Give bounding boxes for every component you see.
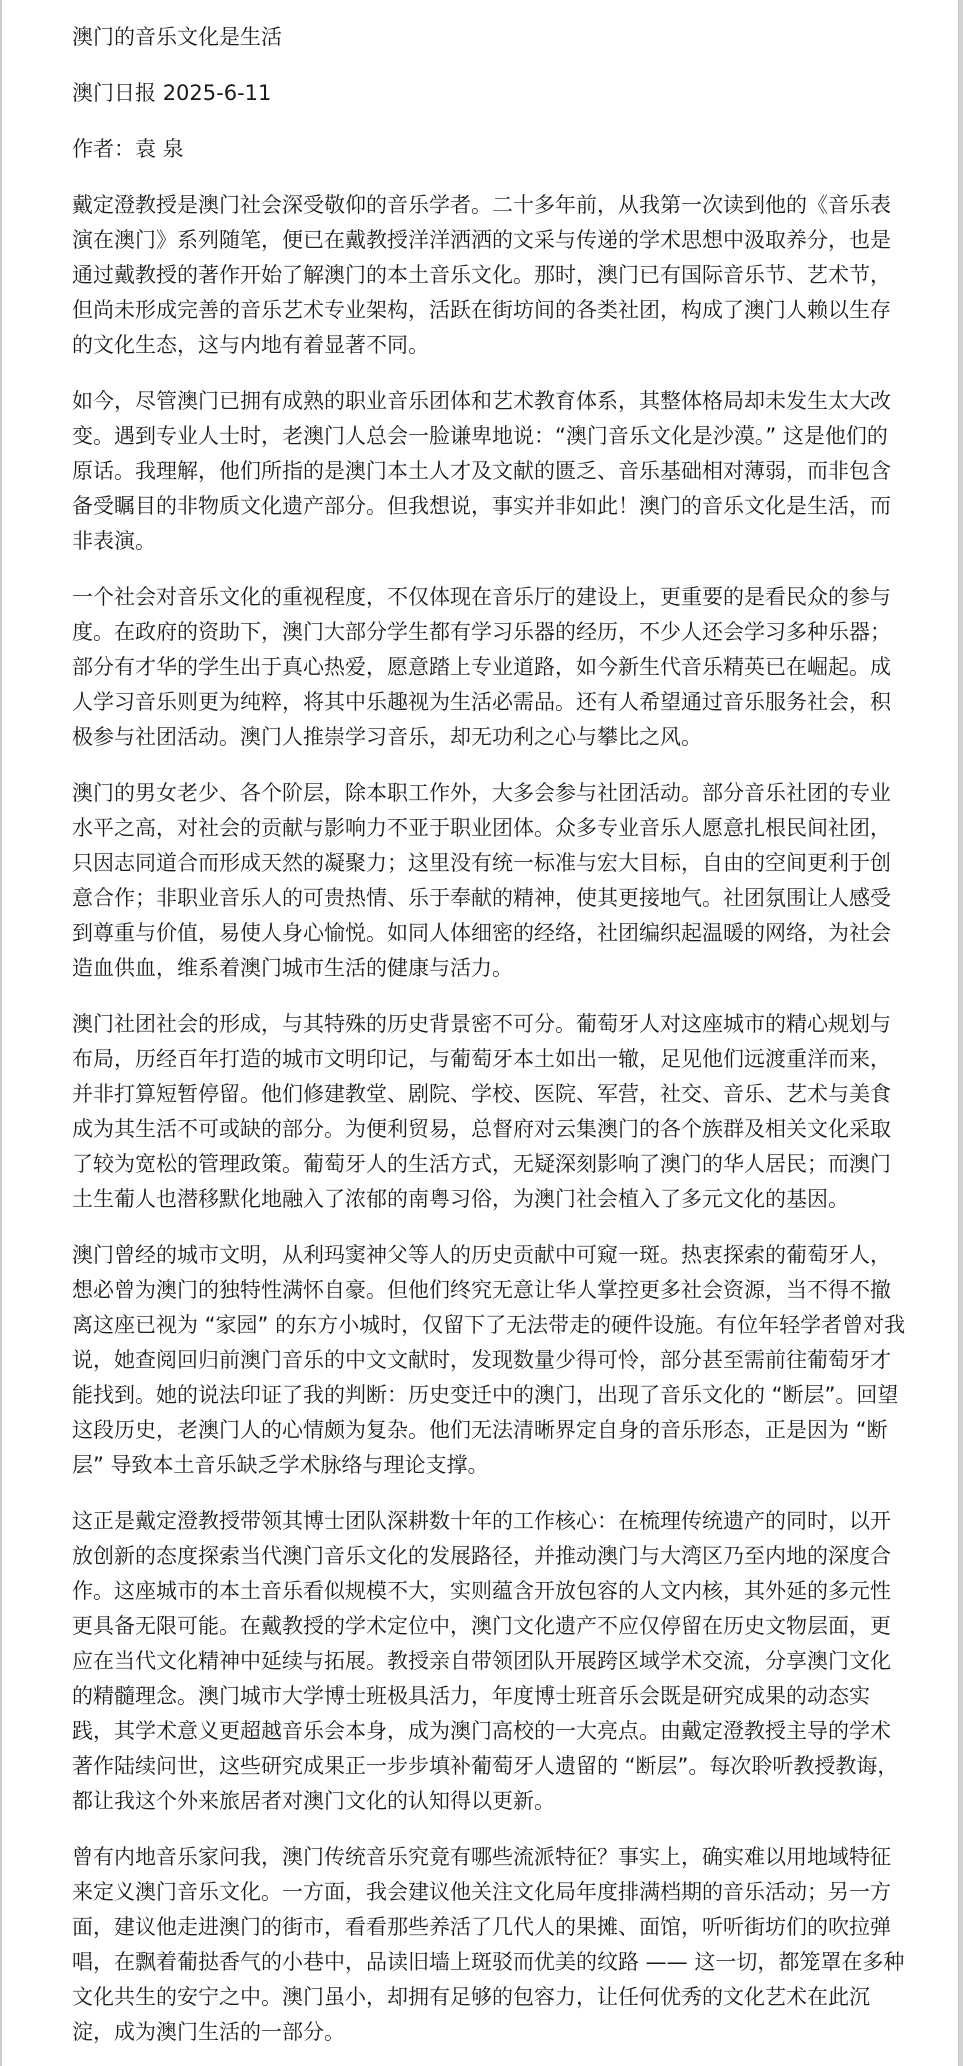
article-byline-source: 澳门日报 2025-6-11 <box>72 76 912 111</box>
article-author-label: 作者： <box>72 137 135 161</box>
window-border-left <box>0 0 2 2066</box>
paragraph-line: 土生葡人也潜移默化地融入了浓郁的南粤习俗，为澳门社会植入了多元文化的基因。 <box>72 1182 912 1217</box>
paragraph-line: 层” 导致本土音乐缺乏学术脉络与理论支撑。 <box>72 1448 912 1483</box>
paragraph-line: 原话。我理解，他们所指的是澳门本土人才及文献的匮乏、音乐基础相对薄弱，而非包含 <box>72 454 912 489</box>
paragraph-line: 意合作；非职业音乐人的可贵热情、乐于奉献的精神，使其更接地气。社团氛围让人感受 <box>72 881 912 916</box>
paragraph-line: 淀，成为澳门生活的一部分。 <box>72 2015 912 2050</box>
article-author: 作者：袁 泉 <box>72 132 912 167</box>
paragraph-line: 布局，历经百年打造的城市文明印记，与葡萄牙本土如出一辙，足见他们远渡重洋而来， <box>72 1042 912 1077</box>
paragraph-line: 人学习音乐则更为纯粹，将其中乐趣视为生活必需品。还有人希望通过音乐服务社会，积 <box>72 685 912 720</box>
paragraph-line: 度。在政府的资助下，澳门大部分学生都有学习乐器的经历，不少人还会学习多种乐器； <box>72 615 912 650</box>
paragraph-line: 的精髓理念。澳门城市大学博士班极具活力，年度博士班音乐会既是研究成果的动态实 <box>72 1679 912 1714</box>
paragraph-line: 说，她查阅回归前澳门音乐的中文文献时，发现数量少得可怜，部分甚至需前往葡萄牙才 <box>72 1343 912 1378</box>
paragraph-line: 如今，尽管澳门已拥有成熟的职业音乐团体和艺术教育体系，其整体格局却未发生太大改 <box>72 384 912 419</box>
paragraph: 一个社会对音乐文化的重视程度，不仅体现在音乐厅的建设上，更重要的是看民众的参与 … <box>72 580 912 755</box>
paragraph-line: 应在当代文化精神中延续与拓展。教授亲自带领团队开展跨区域学术交流，分享澳门文化 <box>72 1644 912 1679</box>
article-title: 澳门的音乐文化是生活 <box>72 20 912 55</box>
article-byline-author: 作者：袁 泉 <box>72 132 912 167</box>
paragraph-line: 澳门曾经的城市文明，从利玛窦神父等人的历史贡献中可窥一斑。热衷探索的葡萄牙人， <box>72 1238 912 1273</box>
paragraph-line: 的文化生态，这与内地有着显著不同。 <box>72 328 912 363</box>
paragraph: 曾有内地音乐家问我，澳门传统音乐究竟有哪些流派特征？事实上，确实难以用地域特征 … <box>72 1840 912 2050</box>
paragraph-line: 澳门社团社会的形成，与其特殊的历史背景密不可分。葡萄牙人对这座城市的精心规划与 <box>72 1007 912 1042</box>
paragraph-line: 极参与社团活动。澳门人推崇学习音乐，却无功利之心与攀比之风。 <box>72 720 912 755</box>
paragraph-line: 备受瞩目的非物质文化遗产部分。但我想说，事实并非如此！澳门的音乐文化是生活，而 <box>72 489 912 524</box>
paragraph-line: 都让我这个外来旅居者对澳门文化的认知得以更新。 <box>72 1784 912 1819</box>
paragraph-line: 了较为宽松的管理政策。葡萄牙人的生活方式，无疑深刻影响了澳门的华人居民；而澳门 <box>72 1147 912 1182</box>
window-border-right <box>958 0 963 2066</box>
paragraph-line: 戴定澄教授是澳门社会深受敬仰的音乐学者。二十多年前，从我第一次读到他的《音乐表 <box>72 188 912 223</box>
paragraph-line: 并非打算短暂停留。他们修建教堂、剧院、学校、医院、军营，社交、音乐、艺术与美食 <box>72 1077 912 1112</box>
paragraph-line: 放创新的态度探索当代澳门音乐文化的发展路径，并推动澳门与大湾区乃至内地的深度合 <box>72 1539 912 1574</box>
paragraph: 澳门曾经的城市文明，从利玛窦神父等人的历史贡献中可窥一斑。热衷探索的葡萄牙人， … <box>72 1238 912 1483</box>
paragraph-line: 作。这座城市的本土音乐看似规模不大，实则蕴含开放包容的人文内核，其外延的多元性 <box>72 1574 912 1609</box>
article-source-date: 澳门日报 2025-6-11 <box>72 76 912 111</box>
paragraph-line: 变。遇到专业人士时，老澳门人总会一脸谦卑地说：“澳门音乐文化是沙漠。” 这是他们… <box>72 419 912 454</box>
paragraph-line: 水平之高，对社会的贡献与影响力不亚于职业团体。众多专业音乐人愿意扎根民间社团， <box>72 811 912 846</box>
paragraph-line: 演在澳门》系列随笔，便已在戴教授洋洋洒洒的文采与传递的学术思想中汲取养分，也是 <box>72 223 912 258</box>
paragraph-line: 著作陆续问世，这些研究成果正一步步填补葡萄牙人遗留的 “断层”。每次聆听教授教诲… <box>72 1749 912 1784</box>
article-author-name: 袁 泉 <box>135 137 184 161</box>
paragraph-line: 通过戴教授的著作开始了解澳门的本土音乐文化。那时，澳门已有国际音乐节、艺术节， <box>72 258 912 293</box>
paragraph-line: 澳门的男女老少、各个阶层，除本职工作外，大多会参与社团活动。部分音乐社团的专业 <box>72 776 912 811</box>
paragraph-line: 想必曾为澳门的独特性满怀自豪。但他们终究无意让华人掌控更多社会资源，当不得不撤 <box>72 1273 912 1308</box>
paragraph: 澳门社团社会的形成，与其特殊的历史背景密不可分。葡萄牙人对这座城市的精心规划与 … <box>72 1007 912 1217</box>
paragraph-line: 离这座已视为 “家园” 的东方小城时，仅留下了无法带走的硬件设施。有位年轻学者曾… <box>72 1308 912 1343</box>
paragraph: 戴定澄教授是澳门社会深受敬仰的音乐学者。二十多年前，从我第一次读到他的《音乐表 … <box>72 188 912 363</box>
paragraph: 澳门的男女老少、各个阶层，除本职工作外，大多会参与社团活动。部分音乐社团的专业 … <box>72 776 912 986</box>
paragraph-line: 文化共生的安宁之中。澳门虽小，却拥有足够的包容力，让任何优秀的文化艺术在此沉 <box>72 1980 912 2015</box>
article-date: 2025-6-11 <box>163 81 272 105</box>
paragraph-line: 非表演。 <box>72 524 912 559</box>
paragraph-line: 能找到。她的说法印证了我的判断：历史变迁中的澳门，出现了音乐文化的 “断层”。回… <box>72 1378 912 1413</box>
paragraph: 如今，尽管澳门已拥有成熟的职业音乐团体和艺术教育体系，其整体格局却未发生太大改 … <box>72 384 912 559</box>
paragraph-line: 这正是戴定澄教授带领其博士团队深耕数十年的工作核心：在梳理传统遗产的同时，以开 <box>72 1504 912 1539</box>
paragraph-line: 面，建议他走进澳门的街市，看看那些养活了几代人的果摊、面馆，听听街坊们的吹拉弹 <box>72 1910 912 1945</box>
paragraph-line: 到尊重与价值，易使人身心愉悦。如同人体细密的经络，社团编织起温暖的网络，为社会 <box>72 916 912 951</box>
paragraph-line: 践，其学术意义更超越音乐会本身，成为澳门高校的一大亮点。由戴定澄教授主导的学术 <box>72 1714 912 1749</box>
paragraph-line: 曾有内地音乐家问我，澳门传统音乐究竟有哪些流派特征？事实上，确实难以用地域特征 <box>72 1840 912 1875</box>
paragraph-line: 造血供血，维系着澳门城市生活的健康与活力。 <box>72 951 912 986</box>
paragraph-line: 这段历史，老澳门人的心情颇为复杂。他们无法清晰界定自身的音乐形态，正是因为 “断 <box>72 1413 912 1448</box>
article-title-block: 澳门的音乐文化是生活 <box>72 20 912 55</box>
paragraph-line: 唱，在飘着葡挞香气的小巷中，品读旧墙上斑驳而优美的纹路 —— 这一切，都笼罩在多… <box>72 1945 912 1980</box>
paragraph-line: 部分有才华的学生出于真心热爱，愿意踏上专业道路，如今新生代音乐精英已在崛起。成 <box>72 650 912 685</box>
paragraph-line: 但尚未形成完善的音乐艺术专业架构，活跃在街坊间的各类社团，构成了澳门人赖以生存 <box>72 293 912 328</box>
paragraph-line: 来定义澳门音乐文化。一方面，我会建议他关注文化局年度排满档期的音乐活动；另一方 <box>72 1875 912 1910</box>
paragraph: 这正是戴定澄教授带领其博士团队深耕数十年的工作核心：在梳理传统遗产的同时，以开 … <box>72 1504 912 1819</box>
paragraph-line: 更具备无限可能。在戴教授的学术定位中，澳门文化遗产不应仅停留在历史文物层面，更 <box>72 1609 912 1644</box>
paragraph-line: 一个社会对音乐文化的重视程度，不仅体现在音乐厅的建设上，更重要的是看民众的参与 <box>72 580 912 615</box>
document-page: 澳门的音乐文化是生活 澳门日报 2025-6-11 作者：袁 泉 戴定澄教授是澳… <box>72 20 912 2066</box>
article-source: 澳门日报 <box>72 81 156 105</box>
paragraph-line: 只因志同道合而形成天然的凝聚力；这里没有统一标准与宏大目标，自由的空间更利于创 <box>72 846 912 881</box>
paragraph-line: 成为其生活不可或缺的部分。为便利贸易，总督府对云集澳门的各个族群及相关文化采取 <box>72 1112 912 1147</box>
